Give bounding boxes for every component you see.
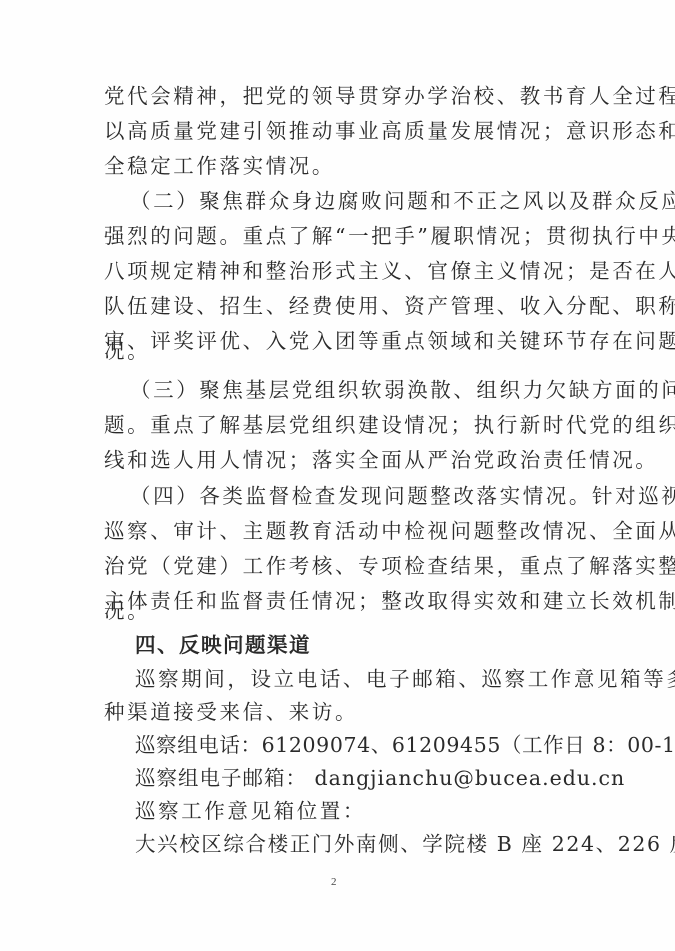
channels-intro-cont: 种渠道接受来信、来访。 bbox=[104, 700, 358, 724]
email-line: 巡察组电子邮箱： dangjianchu@bucea.edu.cn bbox=[135, 766, 625, 790]
box-label-line: 巡察工作意见箱位置： bbox=[135, 799, 366, 823]
body-text-line: 题。重点了解基层党组织建设情况；执行新时代党的组织路 bbox=[104, 413, 675, 437]
body-text-line: 巡察、审计、主题教育活动中检视问题整改情况、全面从严 bbox=[104, 519, 675, 543]
body-text-line: 治党（党建）工作考核、专项检查结果，重点了解落实整改 bbox=[104, 554, 675, 578]
body-text-line: 以高质量党建引领推动事业高质量发展情况；意识形态和安 bbox=[104, 119, 675, 143]
body-text-line: 党代会精神，把党的领导贯穿办学治校、教书育人全过程， bbox=[104, 84, 675, 108]
body-text-line: 线和选人用人情况；落实全面从严治党政治责任情况。 bbox=[104, 448, 658, 472]
body-text-line: 全稳定工作落实情况。 bbox=[104, 154, 335, 178]
document-page: 党代会精神，把党的领导贯穿办学治校、教书育人全过程， 以高质量党建引领推动事业高… bbox=[0, 0, 675, 951]
body-text-line: 队伍建设、招生、经费使用、资产管理、收入分配、职称评 bbox=[104, 294, 675, 318]
body-text-line: 八项规定精神和整治形式主义、官僚主义情况；是否在人才 bbox=[104, 259, 675, 283]
phone-line: 巡察组电话：61209074、61209455（工作日 8：00-17：00） bbox=[135, 733, 675, 757]
channels-intro: 巡察期间，设立电话、电子邮箱、巡察工作意见箱等多 bbox=[135, 667, 675, 691]
page-number: 2 bbox=[331, 876, 337, 888]
body-text-line: 主体责任和监督责任情况；整改取得实效和建立长效机制情 bbox=[104, 589, 675, 613]
item-2-heading-line: （二）聚焦群众身边腐败问题和不正之风以及群众反应 bbox=[130, 189, 675, 213]
section-heading: 四、反映问题渠道 bbox=[135, 633, 311, 657]
body-text-line: 审、评奖评优、入党入团等重点领域和关键环节存在问题情 bbox=[104, 329, 675, 353]
item-3-heading-line: （三）聚焦基层党组织软弱涣散、组织力欠缺方面的问 bbox=[130, 378, 675, 402]
body-text-line: 况。 bbox=[104, 599, 150, 623]
box-location-line: 大兴校区综合楼正门外南侧、学院楼 B 座 224、226 房 bbox=[135, 832, 675, 856]
body-text-line: 况。 bbox=[104, 339, 150, 363]
body-text-line: 强烈的问题。重点了解“一把手”履职情况；贯彻执行中央 bbox=[104, 224, 675, 248]
item-4-heading-line: （四）各类监督检查发现问题整改落实情况。针对巡视、 bbox=[130, 484, 675, 508]
